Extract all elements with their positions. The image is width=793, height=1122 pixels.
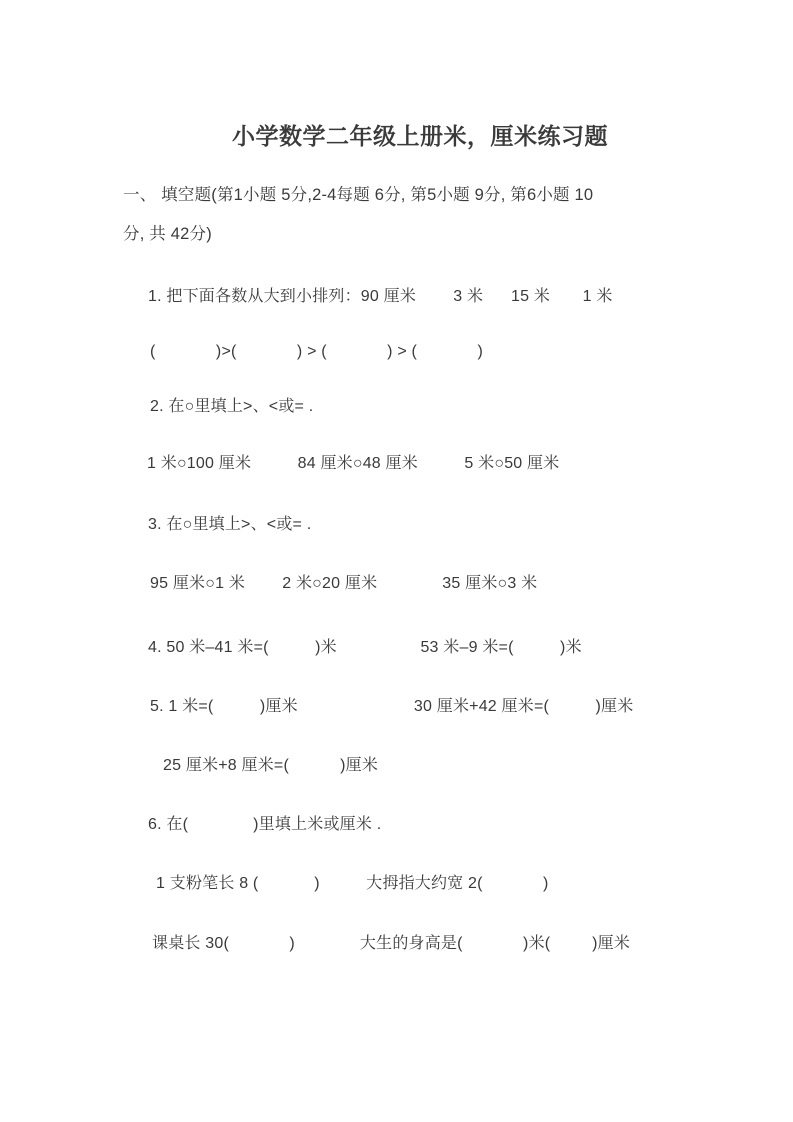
section-heading-line-1: 一、 填空题(第1小题 5分,2-4每题 6分, 第5小题 9分, 第6小题 1… — [123, 184, 593, 206]
question-5-text: 5. 1 米=( )厘米 30 厘米+42 厘米=( )厘米 — [150, 696, 633, 718]
section-heading-line-2: 分, 共 42分) — [123, 223, 212, 245]
question-4-text: 4. 50 米–41 米=( )米 53 米–9 米=( )米 — [148, 637, 582, 659]
question-6-item-2: 课桌长 30( ) 大生的身高是( )米( )厘米 — [152, 933, 630, 955]
question-2-text: 2. 在○里填上>、<或= . — [150, 396, 313, 418]
question-5-continued: 25 厘米+8 厘米=( )厘米 — [163, 755, 378, 777]
question-6-item-1: 1 支粉笔长 8 ( ) 大拇指大约宽 2( ) — [156, 873, 549, 895]
question-3-items: 95 厘米○1 米 2 米○20 厘米 35 厘米○3 米 — [150, 573, 537, 595]
question-2-items: 1 米○100 厘米 84 厘米○48 厘米 5 米○50 厘米 — [147, 453, 559, 475]
question-1-answer-blanks: ( )>( ) > ( ) > ( ) — [150, 341, 483, 363]
worksheet-title: 小学数学二年级上册米，厘米练习题 — [123, 118, 717, 151]
question-1-text: 1. 把下面各数从大到小排列：90 厘米 3 米 15 米 1 米 — [148, 286, 613, 308]
worksheet-page: 小学数学二年级上册米，厘米练习题 一、 填空题(第1小题 5分,2-4每题 6分… — [0, 0, 793, 1122]
question-6-text: 6. 在( )里填上米或厘米 . — [148, 814, 381, 836]
question-3-text: 3. 在○里填上>、<或= . — [148, 514, 311, 536]
